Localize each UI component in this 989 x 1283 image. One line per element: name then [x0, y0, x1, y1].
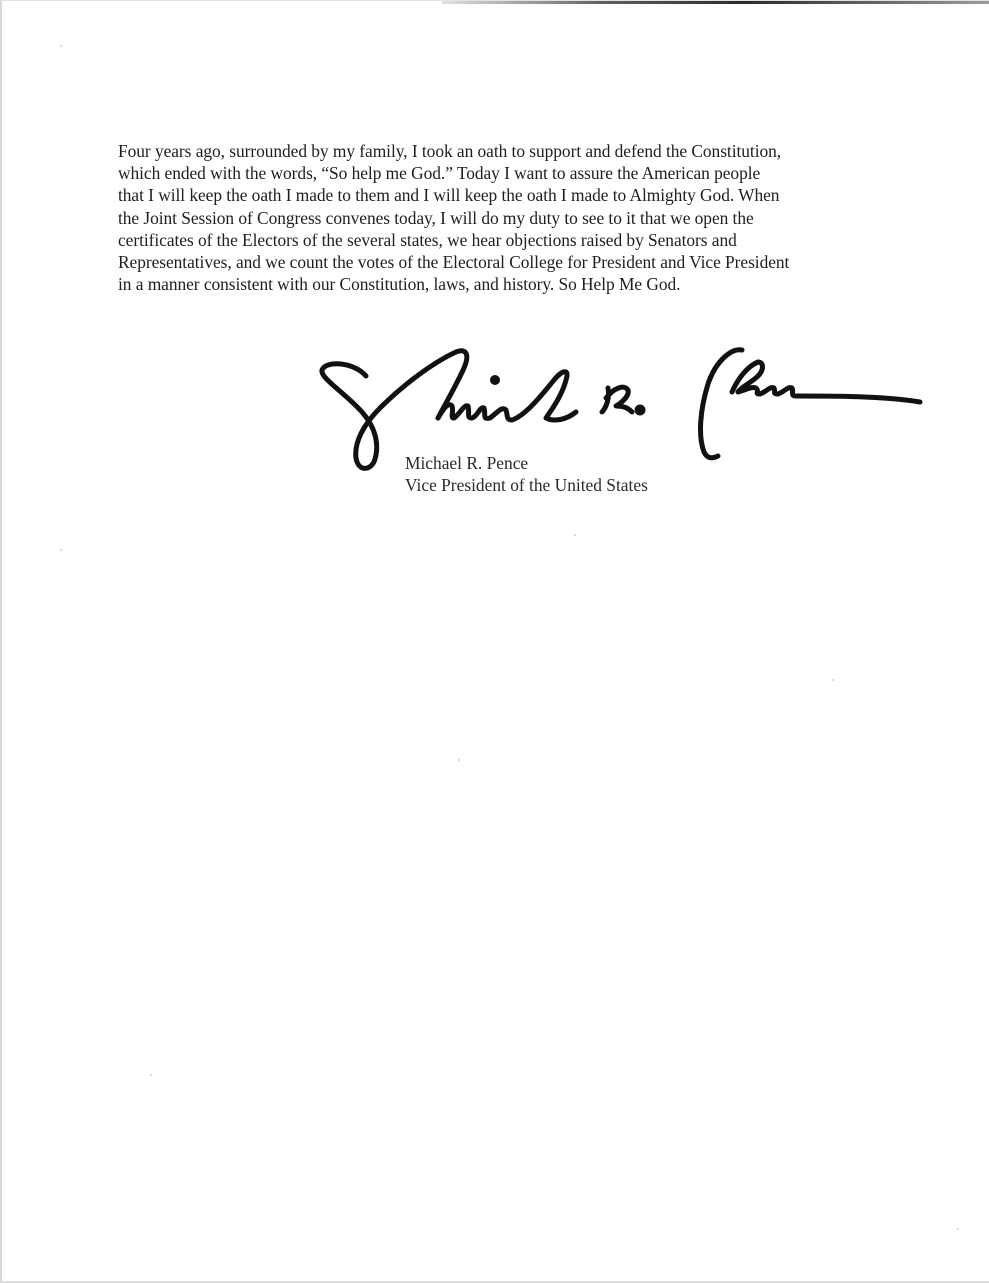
body-line: Four years ago, surrounded by my family,… — [118, 140, 878, 162]
body-line: that I will keep the oath I made to them… — [118, 184, 878, 206]
scan-speck — [60, 45, 62, 47]
signature-block: Michael R. Pence Vice President of the U… — [405, 452, 648, 496]
signer-title: Vice President of the United States — [405, 474, 648, 496]
letter-body: Four years ago, surrounded by my family,… — [118, 140, 878, 295]
scan-speck — [150, 1074, 152, 1076]
signer-name: Michael R. Pence — [405, 452, 648, 474]
body-line: in a manner consistent with our Constitu… — [118, 273, 878, 295]
document-page: Four years ago, surrounded by my family,… — [0, 0, 989, 1283]
scan-speck — [574, 534, 576, 536]
scan-speck — [832, 679, 834, 681]
scan-speck — [60, 549, 62, 551]
body-line: the Joint Session of Congress convenes t… — [118, 207, 878, 229]
body-line: certificates of the Electors of the seve… — [118, 229, 878, 251]
scan-edge-shadow — [442, 1, 989, 4]
body-line: which ended with the words, “So help me … — [118, 162, 878, 184]
scan-speck — [458, 759, 460, 761]
body-line: Representatives, and we count the votes … — [118, 251, 878, 273]
scan-speck — [957, 1228, 959, 1230]
